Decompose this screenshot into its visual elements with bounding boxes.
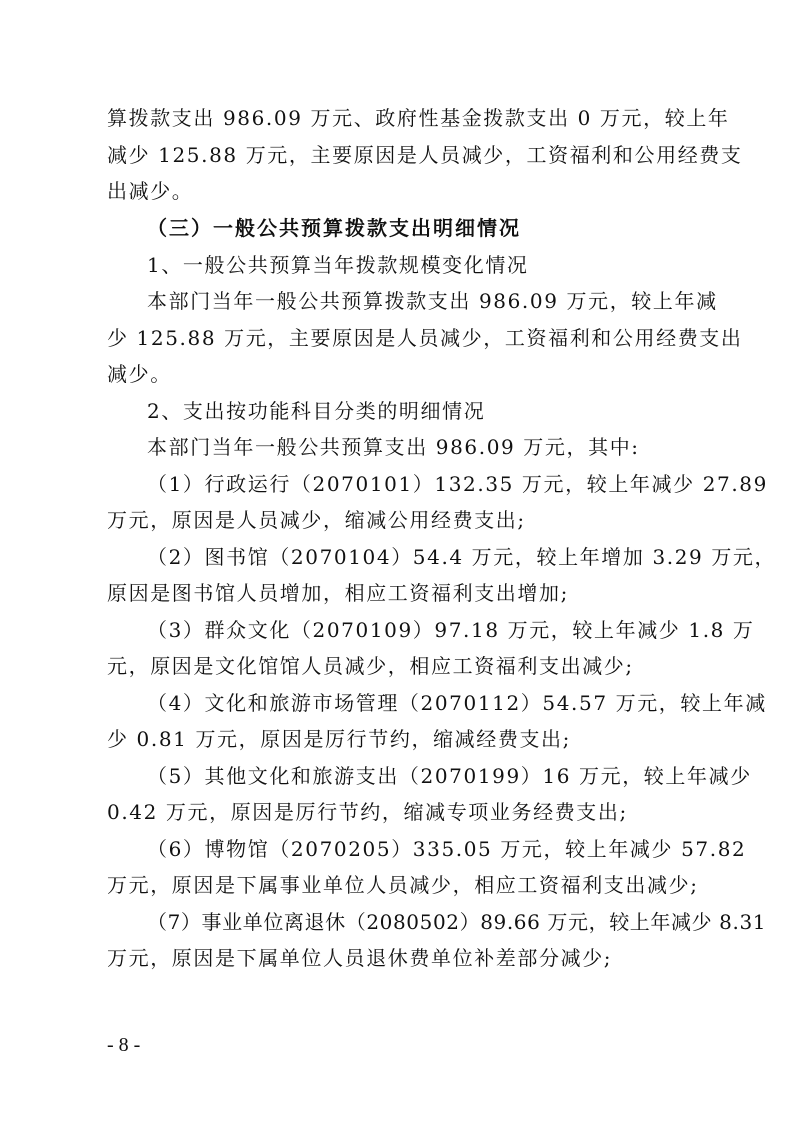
list-item-line: （1）行政运行（2070101）132.35 万元，较上年减少 27.89 xyxy=(147,470,691,498)
list-item-line: 原因是图书馆人员增加，相应工资福利支出增加; xyxy=(107,579,691,607)
list-item-line: （7）事业单位离退休（2080502）89.66 万元，较上年减少 8.31 xyxy=(147,908,691,936)
list-item-line: 万元，原因是下属单位人员退休费单位补差部分减少; xyxy=(107,944,691,972)
body-text-line: 减少 125.88 万元，主要原因是人员减少，工资福利和公用经费支 xyxy=(107,141,691,169)
subsection-heading: 1、一般公共预算当年拨款规模变化情况 xyxy=(147,251,691,279)
body-text-line: 少 125.88 万元，主要原因是人员减少，工资福利和公用经费支出 xyxy=(107,324,691,352)
list-item-line: （2）图书馆（2070104）54.4 万元，较上年增加 3.29 万元， xyxy=(147,543,691,571)
body-text-line: 本部门当年一般公共预算拨款支出 986.09 万元，较上年减 xyxy=(147,287,691,315)
list-item-line: （5）其他文化和旅游支出（2070199）16 万元，较上年减少 xyxy=(147,762,691,790)
list-item-line: （3）群众文化（2070109）97.18 万元，较上年减少 1.8 万 xyxy=(147,616,691,644)
section-heading: （三）一般公共预算拨款支出明细情况 xyxy=(147,214,691,242)
document-page: 算拨款支出 986.09 万元、政府性基金拨款支出 0 万元，较上年 减少 12… xyxy=(0,0,793,1122)
list-item-line: 万元，原因是下属事业单位人员减少，相应工资福利支出减少; xyxy=(107,871,691,899)
body-text-line: 减少。 xyxy=(107,360,691,388)
body-text-line: 出减少。 xyxy=(107,177,691,205)
subsection-heading: 2、支出按功能科目分类的明细情况 xyxy=(147,397,691,425)
page-number: - 8 - xyxy=(107,1032,140,1058)
list-item-line: （6）博物馆（2070205）335.05 万元，较上年减少 57.82 xyxy=(147,835,691,863)
list-item-line: （4）文化和旅游市场管理（2070112）54.57 万元，较上年减 xyxy=(147,689,691,717)
list-item-line: 0.42 万元，原因是厉行节约，缩减专项业务经费支出; xyxy=(107,798,691,826)
list-item-line: 万元，原因是人员减少，缩减公用经费支出; xyxy=(107,506,691,534)
list-item-line: 元，原因是文化馆馆人员减少，相应工资福利支出减少; xyxy=(107,652,691,680)
list-item-line: 少 0.81 万元，原因是厉行节约，缩减经费支出; xyxy=(107,725,691,753)
body-text-line: 本部门当年一般公共预算支出 986.09 万元，其中: xyxy=(147,433,691,461)
body-text-line: 算拨款支出 986.09 万元、政府性基金拨款支出 0 万元，较上年 xyxy=(107,104,691,132)
